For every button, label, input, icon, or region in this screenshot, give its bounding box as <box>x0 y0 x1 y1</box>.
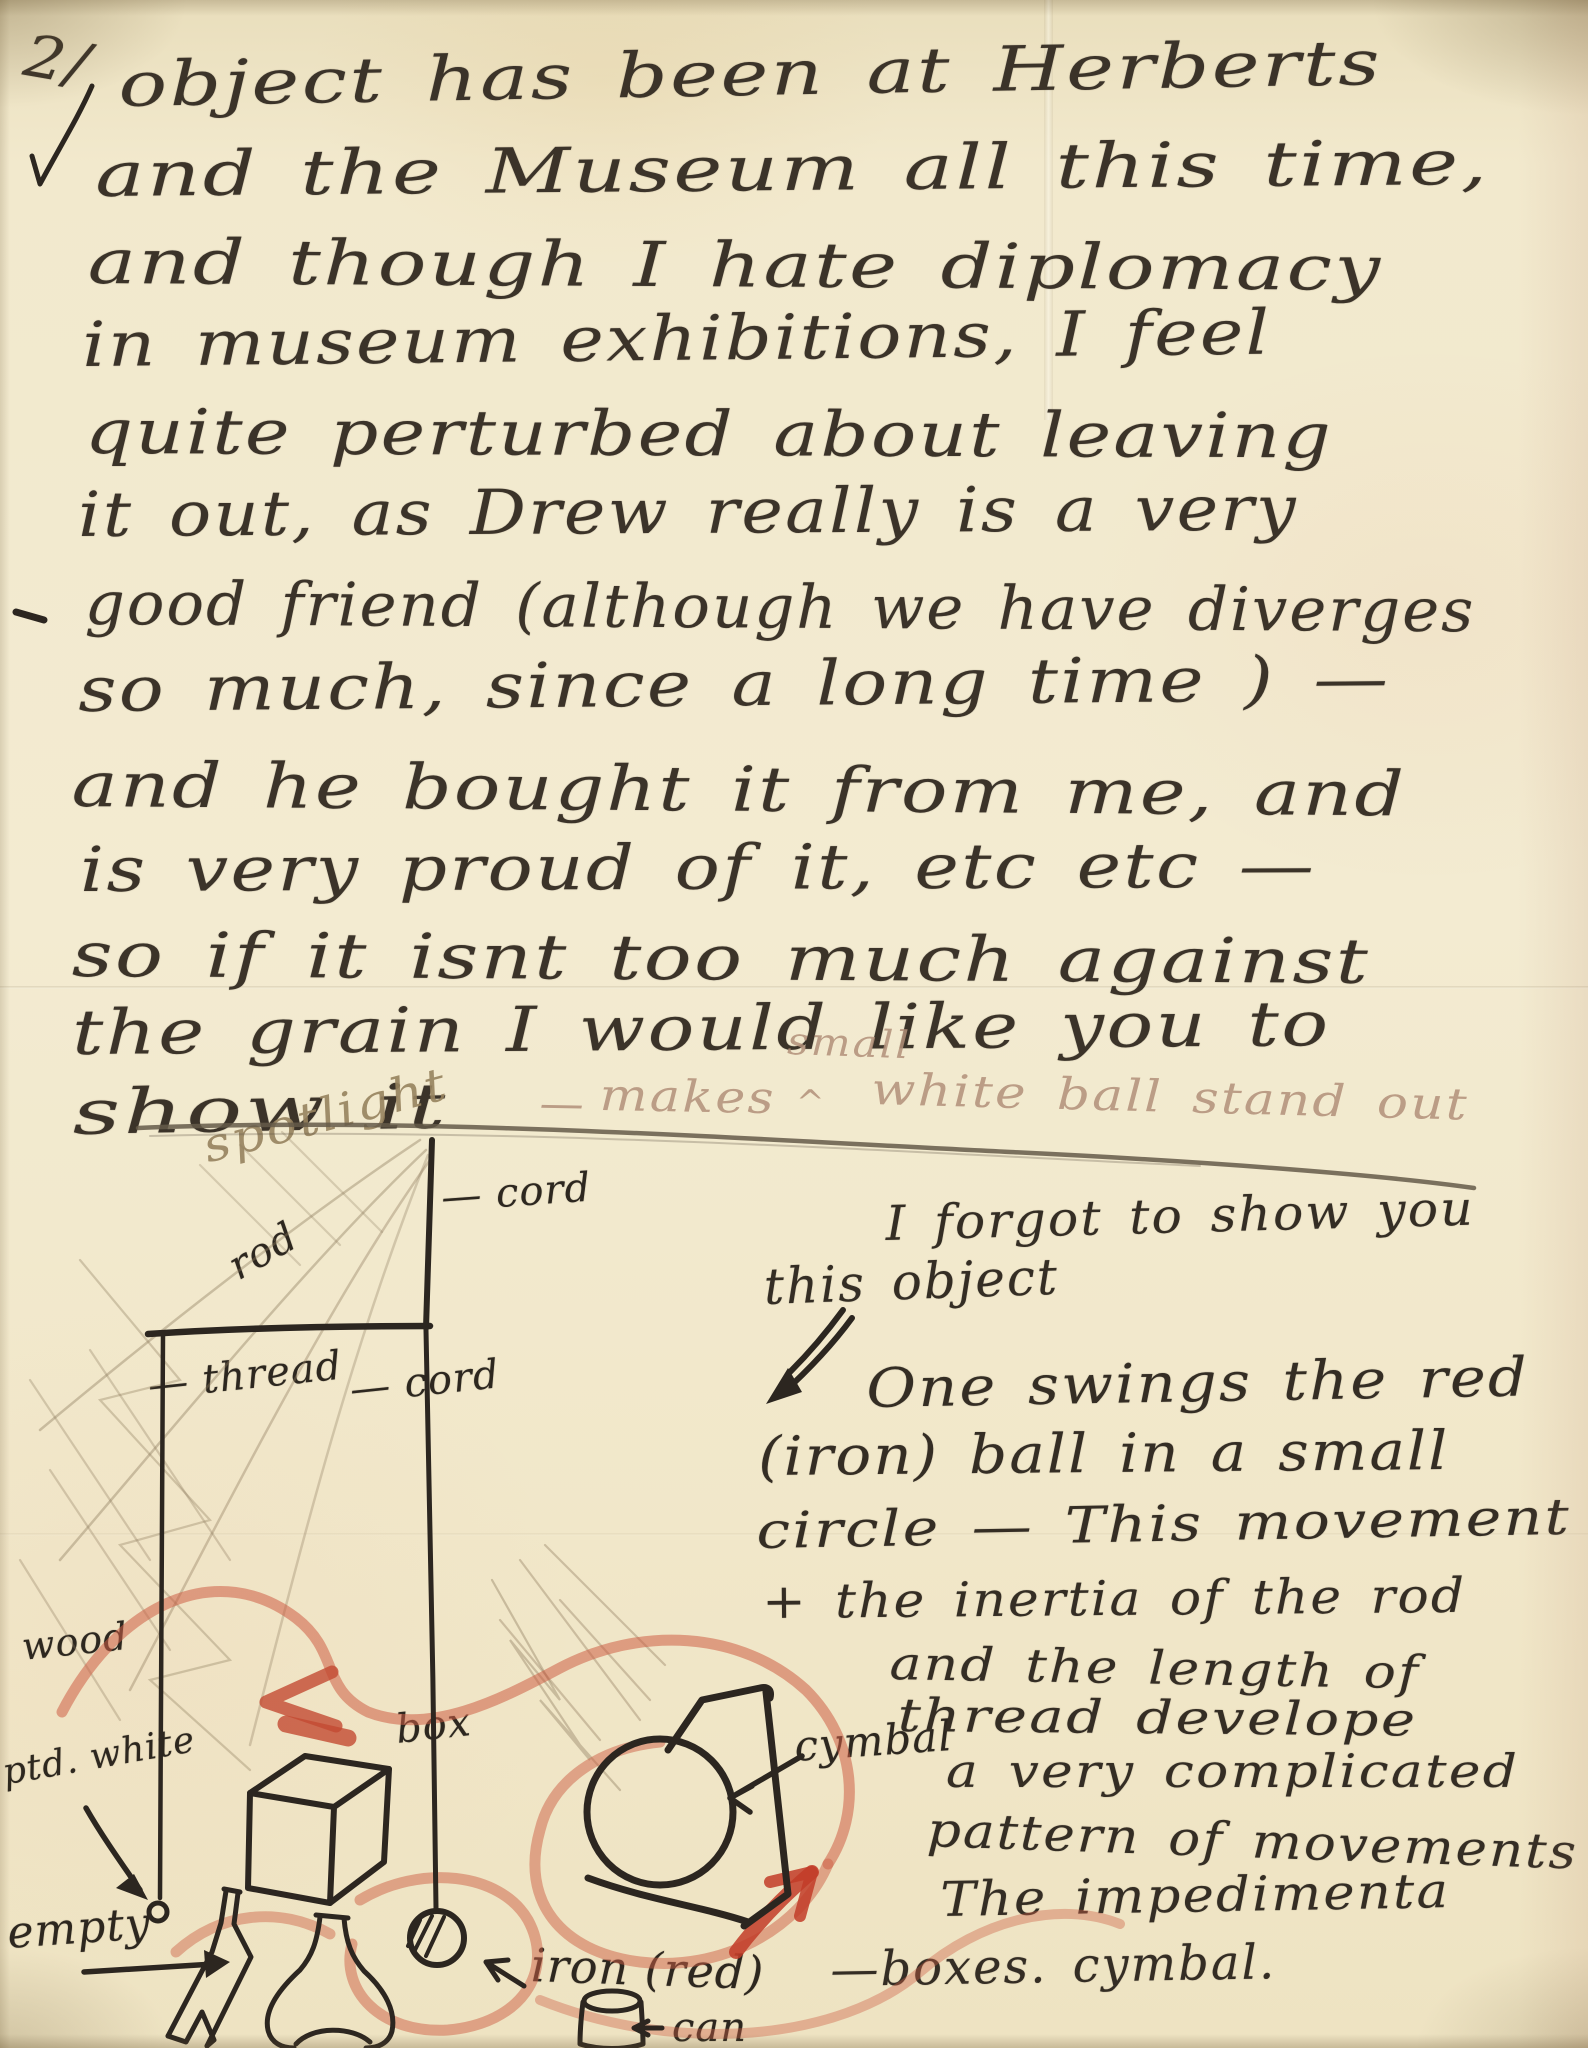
iron-ball <box>408 1911 464 1965</box>
iron-ball-arrow-icon <box>486 1960 524 1986</box>
thread-line <box>160 1334 163 1898</box>
white-ball <box>149 1903 167 1921</box>
cymbal-sketch <box>587 1687 788 1926</box>
this-object-arrow-icon <box>766 1310 852 1404</box>
cord-line-lower <box>426 1330 436 1908</box>
rod-line <box>148 1326 430 1334</box>
box-sketch <box>248 1756 389 1903</box>
empty-arrow-icon <box>84 1950 230 1978</box>
cymbal-arrow-icon <box>730 1756 802 1812</box>
margin-dash <box>16 612 44 620</box>
page-mark-slash <box>32 86 92 184</box>
wood-ball-arrow-icon <box>86 1808 148 1900</box>
letter-page: 2/ object has been at Herberts and the M… <box>0 0 1588 2048</box>
red-arrow-up-icon <box>736 1872 812 1952</box>
mobile-sketch <box>0 0 1588 2048</box>
cord-line-top <box>426 1140 432 1328</box>
ceiling-line <box>138 1125 1474 1188</box>
